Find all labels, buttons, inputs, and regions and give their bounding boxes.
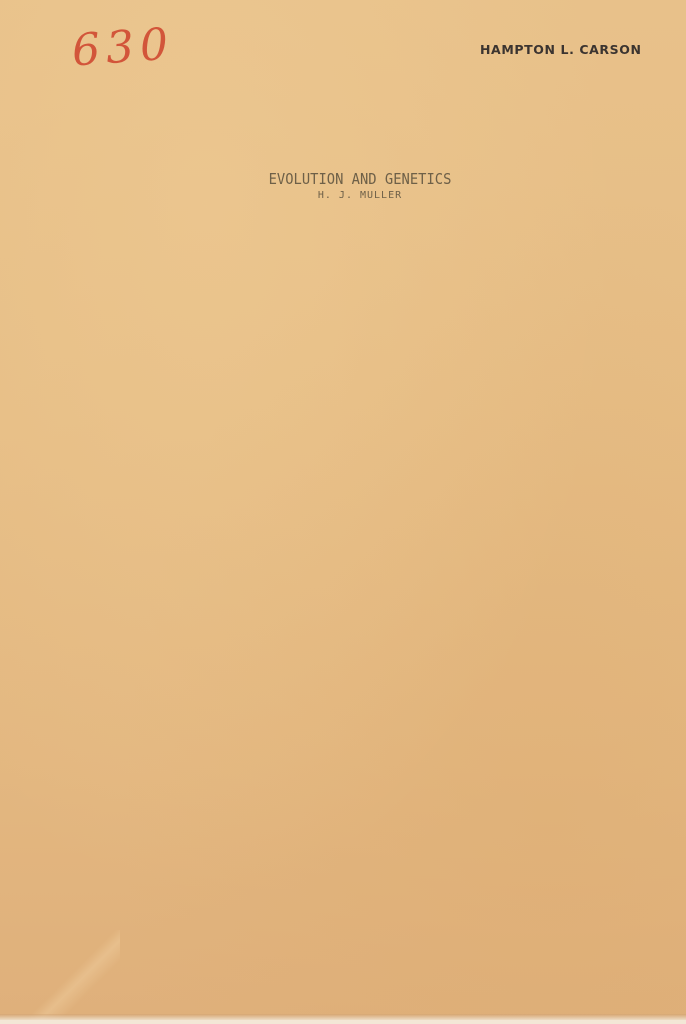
document-author: H. J. MULLER [230, 190, 490, 201]
document-page: 630 HAMPTON L. CARSON EVOLUTION AND GENE… [0, 0, 686, 1020]
handwritten-catalog-number: 630 [70, 19, 175, 77]
owner-name-stamp: HAMPTON L. CARSON [480, 42, 642, 57]
title-block: EVOLUTION AND GENETICS H. J. MULLER [230, 170, 490, 201]
document-title: EVOLUTION AND GENETICS [240, 170, 479, 188]
page-fold-shadow [0, 930, 120, 1020]
